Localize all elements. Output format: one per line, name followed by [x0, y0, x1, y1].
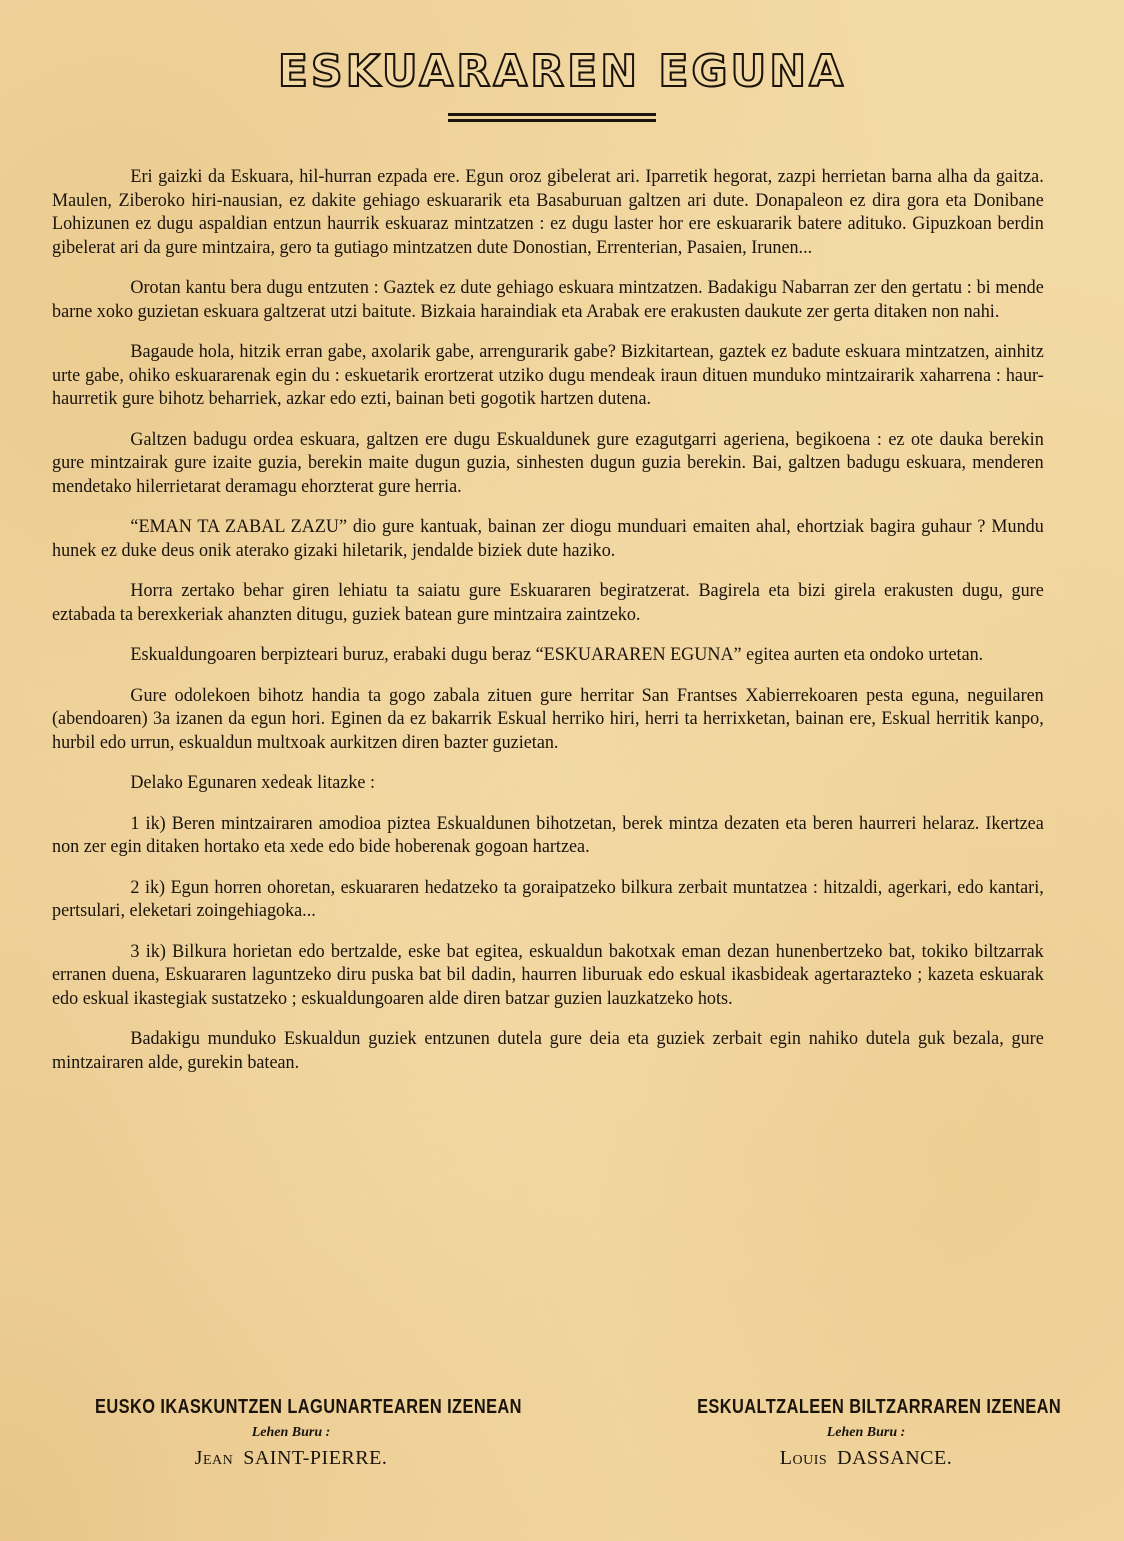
title-divider-bottom [448, 119, 656, 122]
signature-block-right: ESKUALTZALEEN BILTZARRAREN IZENEAN Lehen… [660, 1396, 1072, 1470]
page-title: ESKUARAREN EGUNA [0, 46, 1124, 97]
signature-organization: EUSKO IKASKUNTZEN LAGUNARTEAREN IZENEAN [95, 1396, 487, 1419]
signature-first-name: Jean [195, 1447, 234, 1469]
document-page: ESKUARAREN EGUNA Eri gaizki da Eskuara, … [0, 0, 1124, 1541]
paragraph: Bagaude hola, hitzik erran gabe, axolari… [52, 341, 1044, 412]
paragraph: Gure odolekoen bihotz handia ta gogo zab… [52, 685, 1044, 756]
signature-last-name: SAINT-PIERRE. [243, 1447, 387, 1469]
signature-name: JeanSAINT-PIERRE. [52, 1447, 530, 1470]
closing-paragraph: Badakigu munduko Eskualdun guziek entzun… [52, 1028, 1044, 1075]
signature-role: Lehen Buru : [52, 1425, 530, 1441]
body-text: Eri gaizki da Eskuara, hil-hurran ezpada… [52, 166, 1044, 1092]
title-divider-top [448, 113, 656, 116]
signature-name: LouisDASSANCE. [660, 1447, 1072, 1470]
list-item: 2 ik) Egun horren ohoretan, eskuararen h… [52, 877, 1044, 924]
signature-first-name: Louis [780, 1447, 827, 1469]
paragraph: Eskualdungoaren berpizteari buruz, eraba… [52, 644, 1044, 668]
paragraph: Eri gaizki da Eskuara, hil-hurran ezpada… [52, 166, 1044, 260]
signature-block-left: EUSKO IKASKUNTZEN LAGUNARTEAREN IZENEAN … [52, 1396, 530, 1470]
paragraph: Horra zertako behar giren lehiatu ta sai… [52, 580, 1044, 627]
list-intro: Delako Egunaren xedeak litazke : [52, 772, 1044, 796]
signature-last-name: DASSANCE. [837, 1447, 952, 1469]
paragraph: Orotan kantu bera dugu entzuten : Gaztek… [52, 277, 1044, 324]
list-item: 1 ik) Beren mintzairaren amodioa piztea … [52, 813, 1044, 860]
signature-role: Lehen Buru : [660, 1425, 1072, 1441]
list-item: 3 ik) Bilkura horietan edo bertzalde, es… [52, 941, 1044, 1012]
paragraph: “EMAN TA ZABAL ZAZU” dio gure kantuak, b… [52, 516, 1044, 563]
paragraph: Galtzen badugu ordea eskuara, galtzen er… [52, 429, 1044, 500]
signature-organization: ESKUALTZALEEN BILTZARRAREN IZENEAN [697, 1396, 1035, 1419]
